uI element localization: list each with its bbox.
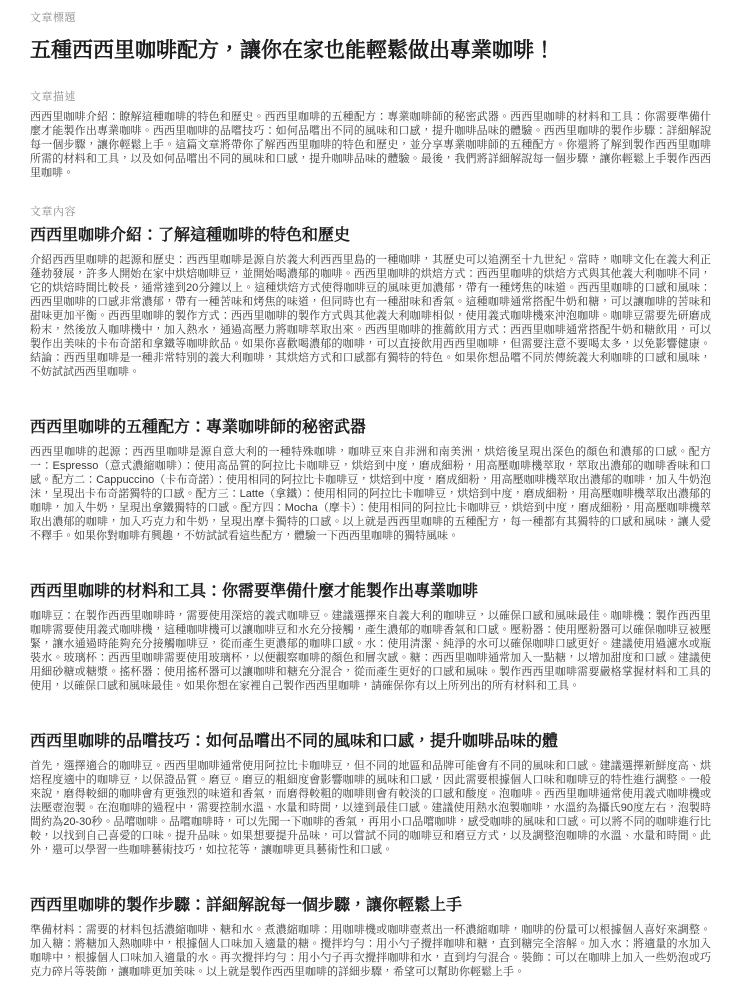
content-section-materials: 西西里咖啡的材料和工具：你需要準備什麼才能製作出專業咖啡 咖啡豆：在製作西西里咖…: [30, 581, 711, 693]
section-heading: 西西里咖啡的品嚐技巧：如何品嚐出不同的風味和口感，提升咖啡品味的體: [30, 731, 711, 753]
article-content: 西西里咖啡介紹：了解這種咖啡的特色和歷史 介紹西西里咖啡的起源和歷史：西西里咖啡…: [30, 225, 711, 979]
section-heading: 西西里咖啡的製作步驟：詳細解說每一個步驟，讓你輕鬆上手: [30, 895, 711, 917]
content-section-intro: 西西里咖啡介紹：了解這種咖啡的特色和歷史 介紹西西里咖啡的起源和歷史：西西里咖啡…: [30, 225, 711, 379]
content-section-recipes: 西西里咖啡的五種配方：專業咖啡師的秘密武器 西西里咖啡的起源：西西里咖啡是源自意…: [30, 417, 711, 543]
section-heading: 西西里咖啡介紹：了解這種咖啡的特色和歷史: [30, 225, 711, 247]
section-heading: 西西里咖啡的材料和工具：你需要準備什麼才能製作出專業咖啡: [30, 581, 711, 603]
article-preview: 文章標題 五種西西里咖啡配方，讓你在家也能輕鬆做出專業咖啡！ 文章描述 西西里咖…: [0, 0, 741, 989]
section-body: 咖啡豆：在製作西西里咖啡時，需要使用深焙的義式咖啡豆。建議選擇來自義大利的咖啡豆…: [30, 609, 711, 693]
content-section-tasting: 西西里咖啡的品嚐技巧：如何品嚐出不同的風味和口感，提升咖啡品味的體 首先，選擇適…: [30, 731, 711, 857]
section-heading: 西西里咖啡的五種配方：專業咖啡師的秘密武器: [30, 417, 711, 439]
article-description-label: 文章描述: [30, 91, 711, 104]
article-content-label: 文章內容: [30, 206, 711, 219]
section-body: 介紹西西里咖啡的起源和歷史：西西里咖啡是源自於義大利西西里島的一種咖啡，其歷史可…: [30, 253, 711, 379]
section-body: 首先，選擇適合的咖啡豆。西西里咖啡通常使用阿拉比卡咖啡豆，但不同的地區和品牌可能…: [30, 759, 711, 857]
section-body: 準備材料：需要的材料包括濃縮咖啡、糖和水。煮濃縮咖啡：用咖啡機或咖啡壺煮出一杯濃…: [30, 923, 711, 979]
article-description: 西西里咖啡介紹：瞭解這種咖啡的特色和歷史。西西里咖啡的五種配方：專業咖啡師的秘密…: [30, 110, 711, 180]
section-body: 西西里咖啡的起源：西西里咖啡是源自意大利的一種特殊咖啡，咖啡豆來自非洲和南美洲，…: [30, 445, 711, 543]
content-section-steps: 西西里咖啡的製作步驟：詳細解說每一個步驟，讓你輕鬆上手 準備材料：需要的材料包括…: [30, 895, 711, 979]
article-title-label: 文章標題: [30, 12, 711, 25]
page-title: 五種西西里咖啡配方，讓你在家也能輕鬆做出專業咖啡！: [30, 37, 711, 65]
